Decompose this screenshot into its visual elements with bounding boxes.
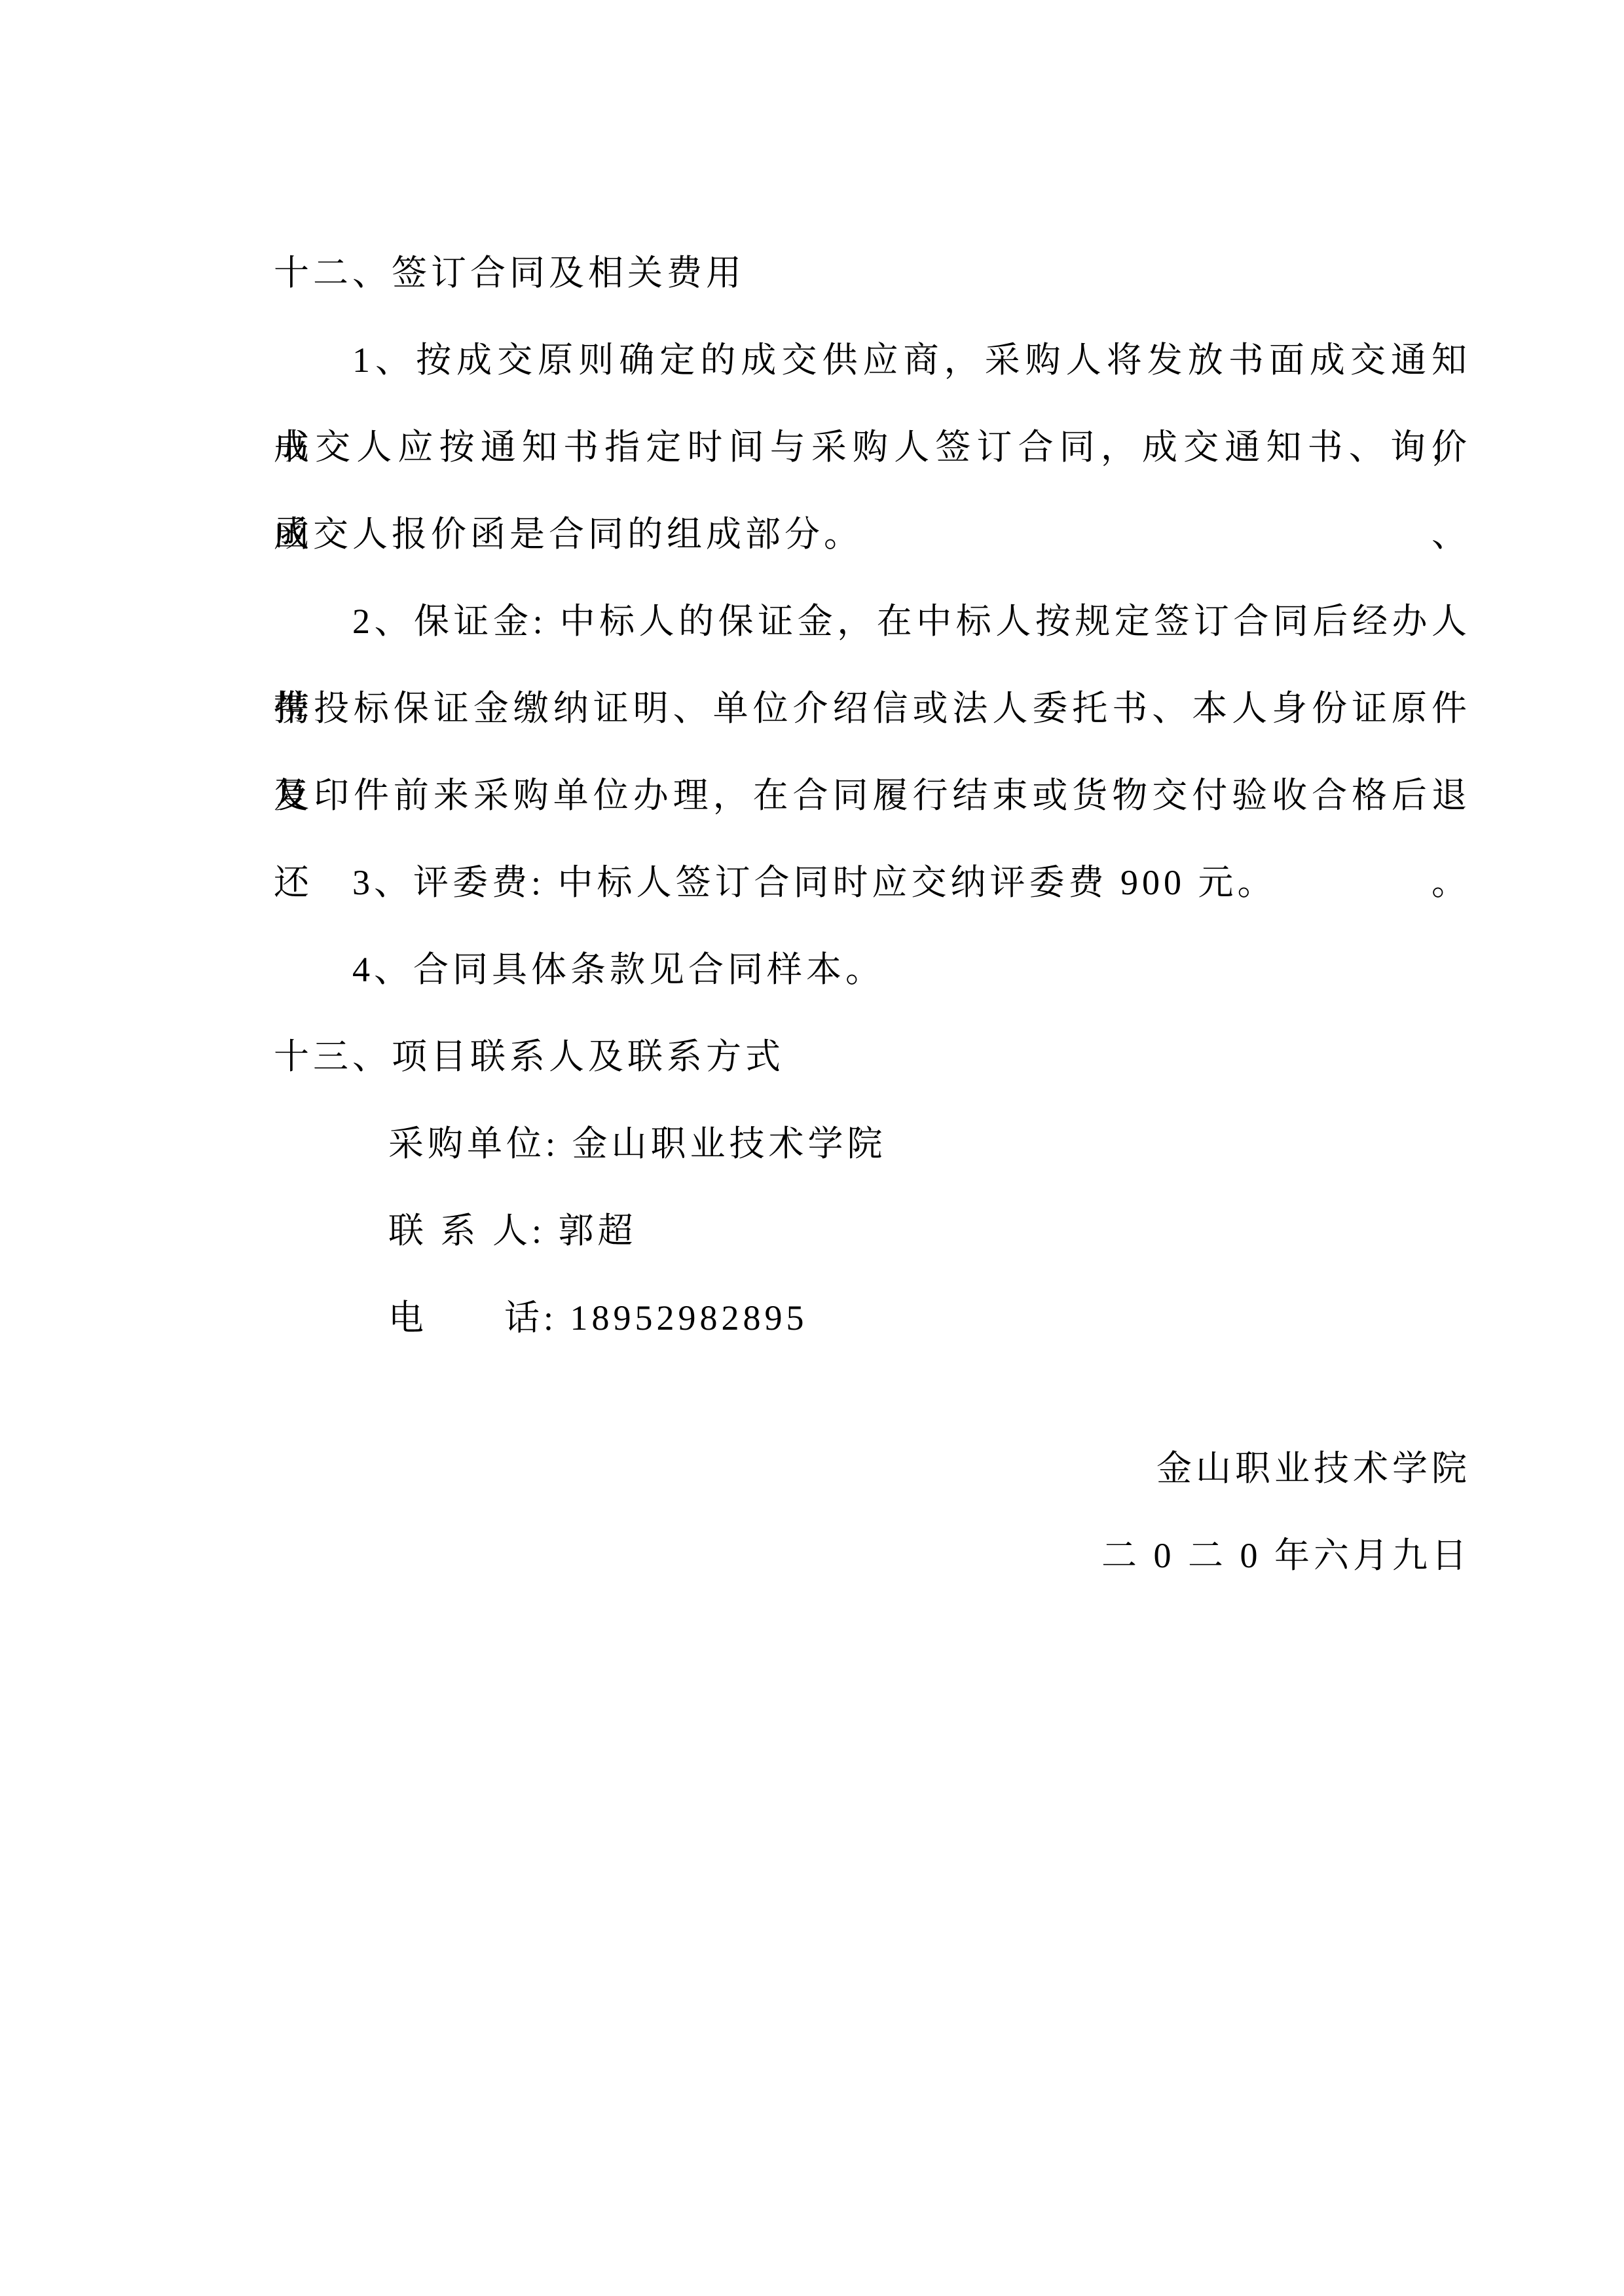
clause-1-line-2: 成交人应按通知书指定时间与采购人签订合同，成交通知书、询价函、 [274,404,1471,491]
clause-2-line-3: 复印件前来采购单位办理，在合同履行结束或货物交付验收合格后退还。 [274,752,1471,839]
clause-2-line-2: 带投标保证金缴纳证明、单位介绍信或法人委托书、本人身份证原件及 [274,665,1471,752]
section-13-heading: 十三、项目联系人及联系方式 [274,1013,1471,1101]
document-text-block: 十二、签订合同及相关费用 1、按成交原则确定的成交供应商，采购人将发放书面成交通… [274,230,1471,1599]
phone-line: 电 话: 18952982895 [274,1275,1471,1362]
purchasing-unit-line: 采购单位: 金山职业技术学院 [274,1101,1471,1188]
spacer [274,1362,1471,1425]
clause-1-line-1: 1、按成交原则确定的成交供应商，采购人将发放书面成交通知书， [274,317,1471,404]
clause-4-line: 4、合同具体条款见合同样本。 [274,926,1471,1013]
section-12-heading: 十二、签订合同及相关费用 [274,230,1471,317]
signature-date: 二 0 二 0 年六月九日 [274,1512,1471,1599]
signature-organization: 金山职业技术学院 [274,1425,1471,1512]
document-page: 十二、签订合同及相关费用 1、按成交原则确定的成交供应商，采购人将发放书面成交通… [0,0,1624,2296]
clause-2-line-1: 2、保证金: 中标人的保证金，在中标人按规定签订合同后经办人携 [274,578,1471,665]
contact-person-line: 联 系 人: 郭超 [274,1188,1471,1275]
